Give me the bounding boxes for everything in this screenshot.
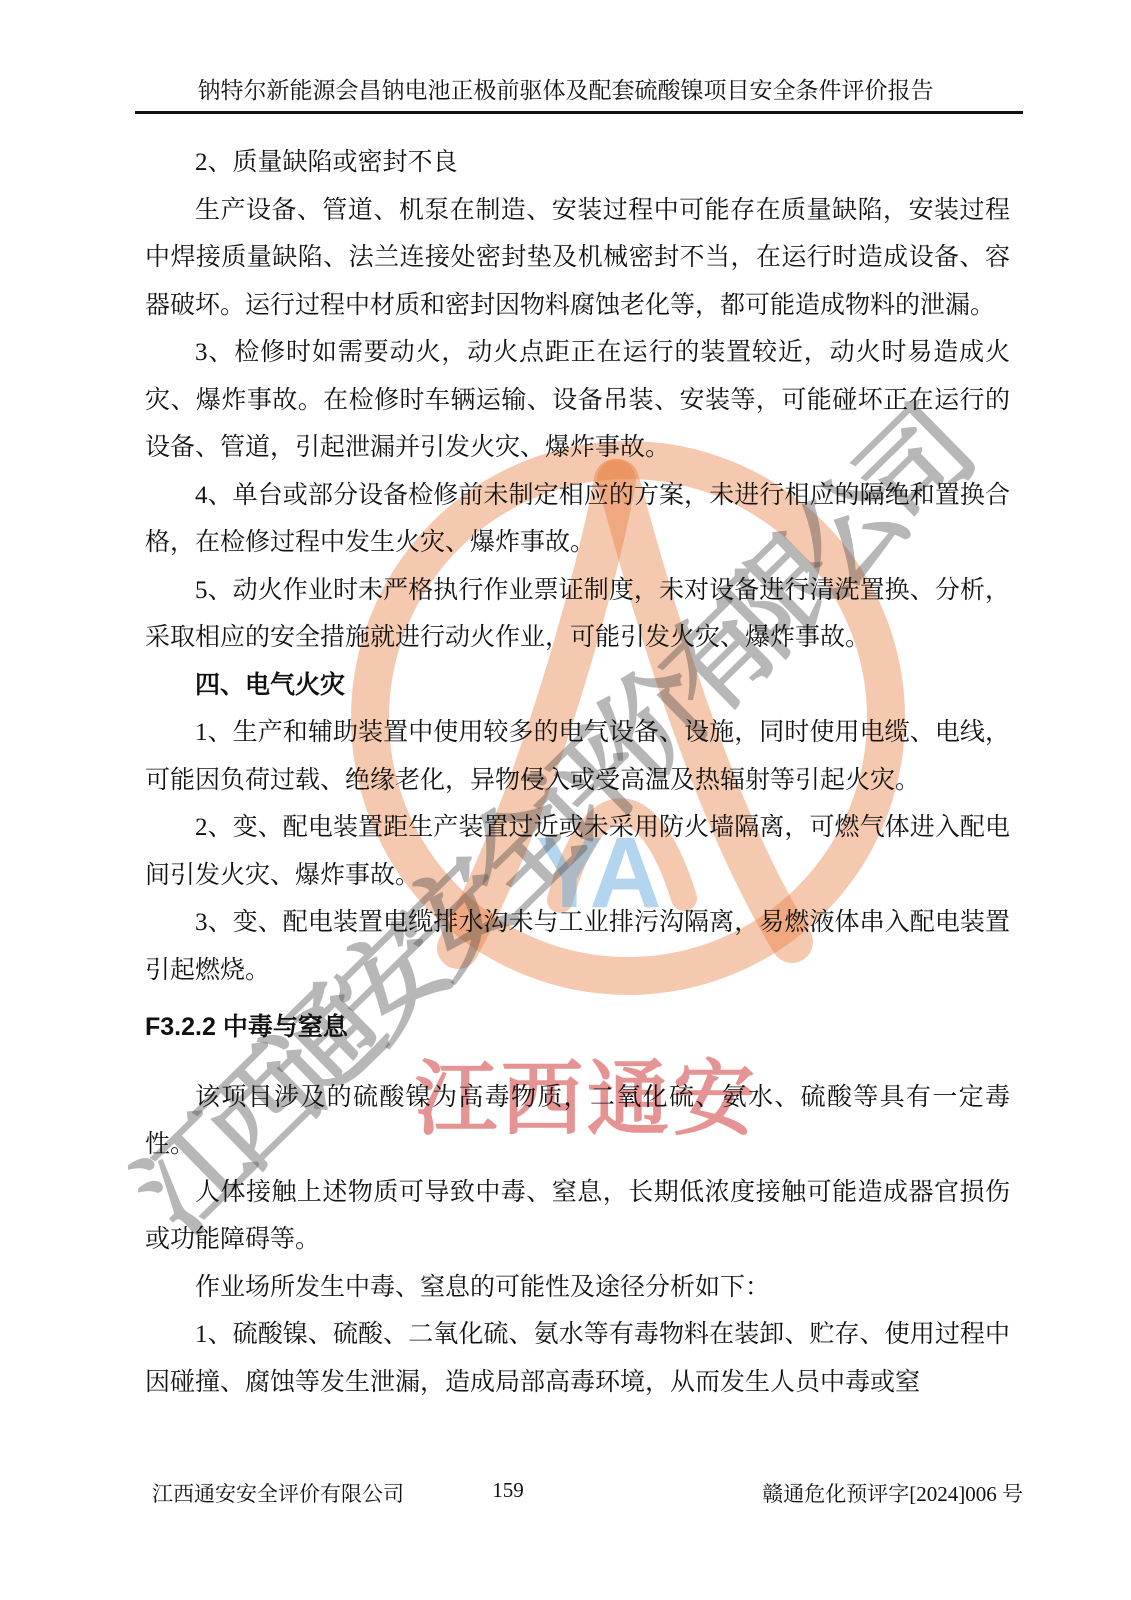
content-layer: 钠特尔新能源会昌钠电池正极前驱体及配套硫酸镍项目安全条件评价报告 2、质量缺陷或… xyxy=(0,0,1131,1600)
paragraph: 5、动火作业时未严格执行作业票证制度，未对设备进行清洗置换、分析，采取相应的安全… xyxy=(145,567,1010,662)
footer-doc-number: 赣通危化预评字[2024]006 号 xyxy=(762,1478,1023,1508)
document-page: YA 江西通安安全评价有限公司 江西通安 钠特尔新能源会昌钠电池正极前驱体及配套… xyxy=(0,0,1131,1600)
paragraph: 四、电气火灾 xyxy=(145,662,1010,710)
paragraph: 2、变、配电装置距生产装置过近或未采用防火墙隔离，可燃气体进入配电间引发火灾、爆… xyxy=(145,804,1010,899)
paragraph: 该项目涉及的硫酸镍为高毒物质，二氧化硫、氨水、硫酸等具有一定毒性。 xyxy=(145,1074,1010,1169)
footer-company-name: 江西通安安全评价有限公司 xyxy=(152,1478,404,1508)
paragraph: 1、生产和辅助装置中使用较多的电气设备、设施，同时使用电缆、电线，可能因负荷过载… xyxy=(145,709,1010,804)
paragraph: 3、检修时如需要动火，动火点距正在运行的装置较近，动火时易造成火灾、爆炸事故。在… xyxy=(145,329,1010,472)
paragraph: 3、变、配电装置电缆排水沟未与工业排污沟隔离，易燃液体串入配电装置引起燃烧。 xyxy=(145,899,1010,994)
paragraph: 生产设备、管道、机泵在制造、安装过程中可能存在质量缺陷，安装过程中焊接质量缺陷、… xyxy=(145,187,1010,330)
paragraph: 人体接触上述物质可导致中毒、窒息，长期低浓度接触可能造成器官损伤或功能障碍等。 xyxy=(145,1169,1010,1264)
paragraph: 作业场所发生中毒、窒息的可能性及途径分析如下： xyxy=(145,1264,1010,1312)
document-body: 2、质量缺陷或密封不良生产设备、管道、机泵在制造、安装过程中可能存在质量缺陷，安… xyxy=(145,139,1010,1406)
paragraph: F3.2.2 中毒与窒息 xyxy=(145,1004,1010,1052)
page-header-title: 钠特尔新能源会昌钠电池正极前驱体及配套硫酸镍项目安全条件评价报告 xyxy=(0,72,1131,105)
paragraph: 1、硫酸镍、硫酸、二氧化硫、氨水等有毒物料在装卸、贮存、使用过程中因碰撞、腐蚀等… xyxy=(145,1311,1010,1406)
paragraph: 2、质量缺陷或密封不良 xyxy=(145,139,1010,187)
footer-page-number: 159 xyxy=(478,1478,538,1503)
paragraph: 4、单台或部分设备检修前未制定相应的方案，未进行相应的隔绝和置换合格，在检修过程… xyxy=(145,472,1010,567)
header-rule xyxy=(135,111,1023,114)
